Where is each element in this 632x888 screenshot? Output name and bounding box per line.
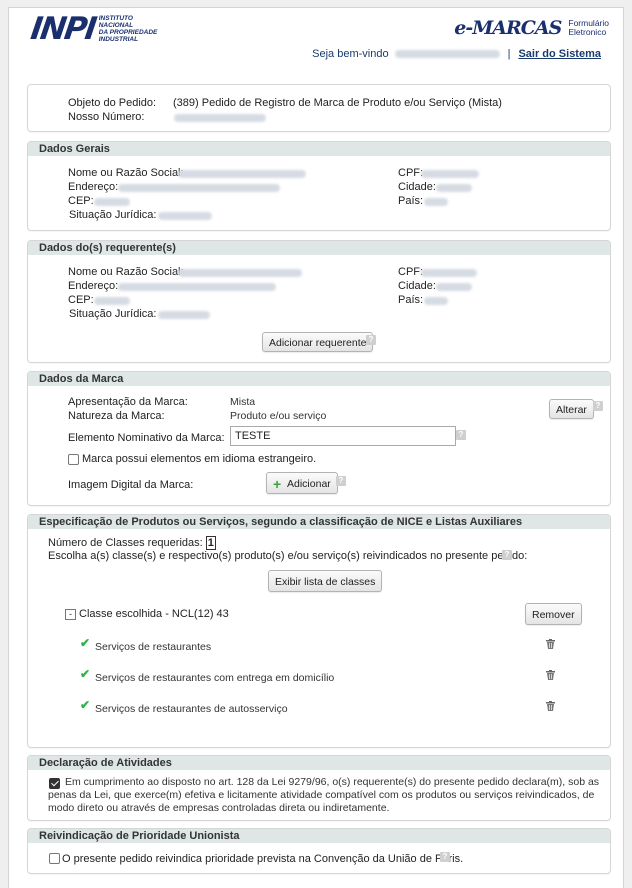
nome-label: Nome ou Razão Social:: [68, 167, 184, 179]
escolha-label: Escolha a(s) classe(s) e respectivo(s) p…: [48, 550, 527, 562]
welcome-label: Seja bem-vindo: [312, 48, 388, 60]
prioridade-checkbox[interactable]: [49, 853, 60, 864]
prioridade-card: Reivindicação de Prioridade Unionista O …: [27, 828, 611, 874]
check-icon: ✔: [80, 667, 90, 681]
req-nome-redacted: [178, 269, 302, 277]
help-icon[interactable]: ?: [366, 335, 376, 345]
pais-redacted: [424, 198, 448, 206]
natureza-label: Natureza da Marca:: [68, 410, 165, 422]
endereco-label: Endereço:: [68, 181, 118, 193]
dados-gerais-title: Dados Gerais: [28, 142, 610, 156]
declaracao-title: Declaração de Atividades: [28, 756, 610, 770]
situacao-redacted: [158, 212, 212, 220]
cpf-label: CPF:: [398, 167, 423, 179]
emarcas-logo: e-MARCAS Formulário Eletronico: [454, 17, 609, 39]
nosso-numero-redacted: [174, 114, 266, 122]
plus-icon: +: [273, 473, 281, 495]
req-cidade-label: Cidade:: [398, 280, 436, 292]
help-icon[interactable]: ?: [456, 430, 466, 440]
marca-card: Dados da Marca Apresentação da Marca: Mi…: [27, 371, 611, 506]
nominativo-label: Elemento Nominativo da Marca:: [68, 432, 225, 444]
emarcas-subtitle: Formulário Eletronico: [568, 19, 609, 37]
logout-link[interactable]: Sair do Sistema: [518, 48, 601, 60]
prioridade-label: O presente pedido reivindica prioridade …: [62, 853, 463, 865]
declaracao-text: Em cumprimento ao disposto no art. 128 d…: [48, 776, 604, 815]
num-classes-label: Número de Classes requeridas:: [48, 537, 203, 549]
situacao-label: Situação Jurídica:: [69, 209, 156, 221]
requerentes-card: Dados do(s) requerente(s) Nome ou Razão …: [27, 240, 611, 363]
req-situacao-redacted: [158, 311, 210, 319]
trash-icon[interactable]: [546, 701, 555, 711]
req-pais-label: País:: [398, 294, 423, 306]
req-situacao-label: Situação Jurídica:: [69, 308, 156, 320]
help-icon[interactable]: ?: [502, 550, 512, 560]
marca-title: Dados da Marca: [28, 372, 610, 386]
check-icon: ✔: [80, 636, 90, 650]
especificacao-title: Especificação de Produtos ou Serviços, s…: [28, 515, 610, 529]
req-cidade-redacted: [436, 283, 472, 291]
req-endereco-label: Endereço:: [68, 280, 118, 292]
objeto-value: (389) Pedido de Registro de Marca de Pro…: [173, 97, 502, 109]
apresentacao-value: Mista: [230, 396, 255, 408]
especificacao-card: Especificação de Produtos ou Serviços, s…: [27, 514, 611, 748]
page-container: INPI INSTITUTO NACIONAL DA PROPRIEDADE I…: [8, 7, 624, 880]
inpi-logo: INPI INSTITUTO NACIONAL DA PROPRIEDADE I…: [31, 14, 157, 44]
separator: |: [508, 48, 511, 60]
collapse-toggle[interactable]: -: [65, 609, 76, 620]
idioma-checkbox[interactable]: [68, 454, 79, 465]
classe-label: Classe escolhida - NCL(12) 43: [79, 608, 229, 620]
item-label: Serviços de restaurantes com entrega em …: [95, 672, 334, 684]
inpi-text-line: DA PROPRIEDADE: [99, 29, 158, 36]
trash-icon[interactable]: [546, 639, 555, 649]
req-endereco-redacted: [118, 283, 276, 291]
check-icon: ✔: [80, 698, 90, 712]
req-nome-label: Nome ou Razão Social:: [68, 266, 184, 278]
nominativo-input[interactable]: [230, 426, 456, 446]
add-requerente-button[interactable]: Adicionar requerente: [262, 332, 373, 352]
nome-redacted: [178, 170, 306, 178]
requerentes-title: Dados do(s) requerente(s): [28, 241, 610, 255]
inpi-text-line: INDUSTRIAL: [99, 36, 158, 43]
cidade-label: Cidade:: [398, 181, 436, 193]
alterar-button[interactable]: Alterar: [549, 399, 594, 419]
exibir-classes-button[interactable]: Exibir lista de classes: [268, 570, 382, 592]
inpi-logo-text: INSTITUTO NACIONAL DA PROPRIEDADE INDUST…: [99, 15, 158, 43]
remover-button[interactable]: Remover: [525, 603, 582, 625]
idioma-checkbox-label: Marca possui elementos em idioma estrang…: [82, 453, 316, 465]
declaracao-card: Declaração de Atividades Em cumprimento …: [27, 755, 611, 821]
adicionar-label: Adicionar: [287, 478, 331, 490]
help-icon[interactable]: ?: [593, 401, 603, 411]
dados-gerais-card: Dados Gerais Nome ou Razão Social: Ender…: [27, 141, 611, 231]
header: INPI INSTITUTO NACIONAL DA PROPRIEDADE I…: [9, 8, 623, 80]
num-classes-value: 1: [206, 536, 216, 550]
prioridade-title: Reivindicação de Prioridade Unionista: [28, 829, 610, 843]
natureza-value: Produto e/ou serviço: [230, 410, 326, 422]
imagem-label: Imagem Digital da Marca:: [68, 479, 193, 491]
cep-label: CEP:: [68, 195, 94, 207]
adicionar-imagem-button[interactable]: + Adicionar: [266, 472, 338, 494]
nosso-numero-label: Nosso Número:: [68, 111, 144, 123]
inpi-text-line: NACIONAL: [99, 22, 158, 29]
emarcas-logo-mark: e-MARCAS: [454, 17, 561, 39]
req-cpf-label: CPF:: [398, 266, 423, 278]
pais-label: País:: [398, 195, 423, 207]
username-redacted: [395, 50, 500, 58]
req-pais-redacted: [424, 297, 448, 305]
cpf-redacted: [421, 170, 479, 178]
req-cep-redacted: [94, 297, 130, 305]
cidade-redacted: [436, 184, 472, 192]
help-icon[interactable]: ?: [440, 852, 450, 862]
inpi-text-line: INSTITUTO: [99, 15, 158, 22]
item-label: Serviços de restaurantes: [95, 641, 211, 653]
req-cpf-redacted: [421, 269, 477, 277]
apresentacao-label: Apresentação da Marca:: [68, 396, 188, 408]
trash-icon[interactable]: [546, 670, 555, 680]
welcome-bar: Seja bem-vindo | Sair do Sistema: [312, 48, 601, 60]
item-label: Serviços de restaurantes de autosserviço: [95, 703, 288, 715]
endereco-redacted: [118, 184, 280, 192]
help-icon[interactable]: ?: [336, 476, 346, 486]
inpi-logo-mark: INPI: [29, 14, 97, 44]
pedido-card: Objeto do Pedido: (389) Pedido de Regist…: [27, 84, 611, 132]
req-cep-label: CEP:: [68, 294, 94, 306]
objeto-label: Objeto do Pedido:: [68, 97, 156, 109]
num-classes-row: Número de Classes requeridas: 1: [48, 536, 216, 550]
cep-redacted: [94, 198, 130, 206]
emarcas-subtitle-line: Eletronico: [568, 28, 609, 37]
